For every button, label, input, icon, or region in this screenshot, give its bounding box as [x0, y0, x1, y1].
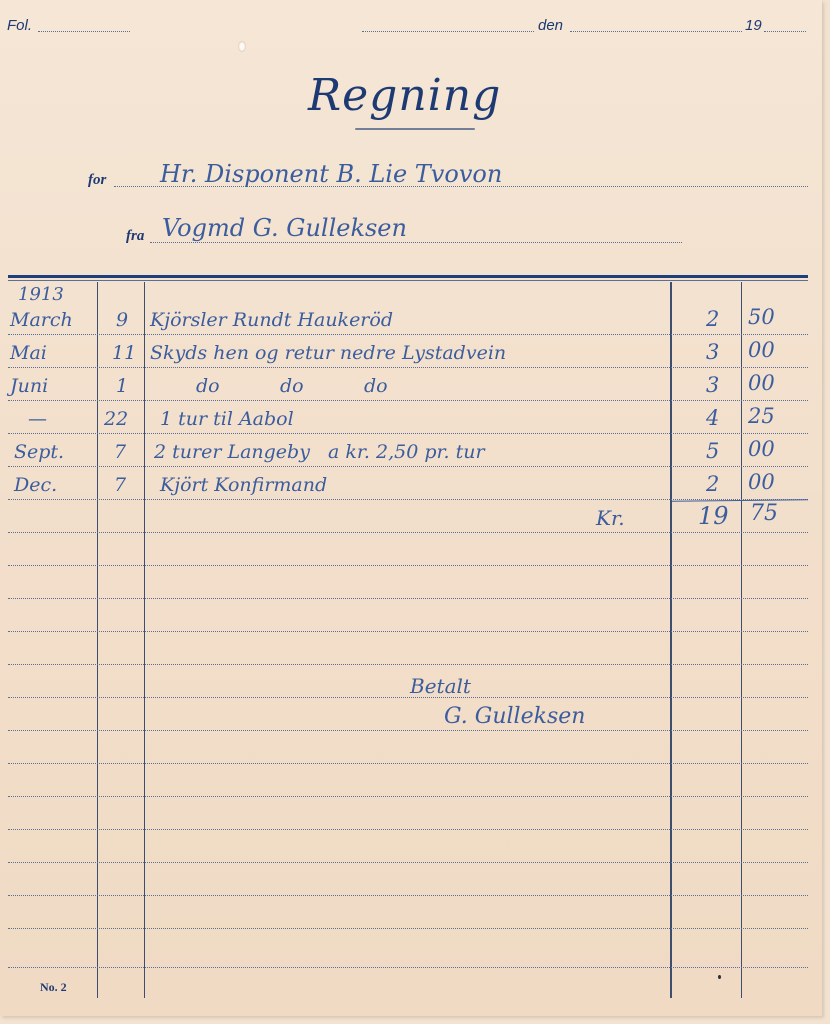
- for-value: Hr. Disponent B. Lie Tvovon: [160, 160, 502, 188]
- row-description: do do do: [196, 373, 388, 399]
- row-description: 2 turer Langeby a kr. 2,50 pr. tur: [154, 439, 485, 465]
- row-line: [8, 400, 808, 401]
- row-line: [8, 697, 808, 698]
- row-line: [8, 967, 808, 968]
- ledger-top-rule: [8, 275, 808, 278]
- row-line: [8, 532, 808, 533]
- row-month: —: [28, 406, 47, 432]
- description-kr-divider: [670, 282, 672, 998]
- signature-name: G. Gulleksen: [444, 704, 585, 730]
- row-month: Juni: [10, 373, 48, 399]
- invoice-title: Regning: [308, 70, 501, 121]
- place-dotted-line: [362, 31, 534, 32]
- row-description: Kjörsler Rundt Haukeröd: [150, 307, 393, 333]
- row-line: [8, 862, 808, 863]
- row-line: [8, 796, 808, 797]
- row-line: [8, 598, 808, 599]
- ink-speck: [718, 975, 721, 979]
- fra-dotted-line: [150, 242, 682, 243]
- row-ore: 50: [748, 304, 775, 330]
- kr-ore-divider: [741, 282, 742, 998]
- row-line: [8, 928, 808, 929]
- ledger-year: 1913: [18, 282, 64, 308]
- year-dotted-line: [764, 31, 806, 32]
- row-description: 1 tur til Aabol: [160, 406, 294, 432]
- row-line: [8, 664, 808, 665]
- fra-value: Vogmd G. Gulleksen: [162, 214, 407, 242]
- fra-label: fra: [126, 228, 144, 245]
- row-kr: 2: [706, 471, 719, 497]
- total-ore: 75: [750, 501, 778, 527]
- row-day: 22: [104, 406, 128, 432]
- row-ore: 00: [748, 337, 775, 363]
- row-kr: 4: [706, 405, 719, 431]
- row-ore: 00: [748, 436, 775, 462]
- row-day: 1: [116, 373, 128, 399]
- den-label: den: [538, 17, 563, 34]
- sum-underline: [672, 499, 808, 501]
- total-kr: 19: [698, 503, 729, 529]
- row-kr: 3: [706, 339, 719, 365]
- row-ore: 00: [748, 370, 775, 396]
- row-ore: 25: [748, 403, 775, 429]
- row-month: Mai: [10, 340, 47, 366]
- fol-dotted-line: [38, 31, 130, 32]
- row-kr: 3: [706, 372, 719, 398]
- day-description-divider: [144, 282, 145, 998]
- row-line: [8, 433, 808, 434]
- row-day: 11: [112, 340, 136, 366]
- month-day-divider: [97, 282, 98, 998]
- fol-label: Fol.: [7, 17, 32, 34]
- row-day: 9: [116, 307, 128, 333]
- row-ore: 00: [748, 469, 775, 495]
- row-month: March: [10, 307, 73, 333]
- row-line: [8, 730, 808, 731]
- title-flourish: [355, 128, 475, 130]
- row-line: [8, 367, 808, 368]
- punch-hole: [238, 41, 246, 52]
- paid-note: Betalt: [410, 673, 471, 699]
- row-month: Sept.: [14, 439, 64, 465]
- row-line: [8, 334, 808, 335]
- row-line: [8, 565, 808, 566]
- year-prefix: 19: [745, 17, 762, 34]
- row-line: [8, 631, 808, 632]
- row-kr: 2: [706, 306, 719, 332]
- row-month: Dec.: [14, 472, 57, 498]
- row-line: [8, 763, 808, 764]
- row-day: 7: [114, 472, 126, 498]
- ledger-top-rule-thin: [8, 280, 808, 281]
- row-line: [8, 466, 808, 467]
- for-label: for: [88, 172, 106, 189]
- row-line: [8, 895, 808, 896]
- form-number: No. 2: [40, 980, 67, 995]
- date-dotted-line: [570, 31, 742, 32]
- total-label: Kr.: [596, 505, 625, 531]
- row-kr: 5: [706, 438, 719, 464]
- row-line: [8, 829, 808, 830]
- row-description: Kjört Konfirmand: [160, 472, 327, 498]
- row-description: Skyds hen og retur nedre Lystadvein: [150, 340, 506, 366]
- invoice-paper: Fol. den 19 Regning for Hr. Disponent B.…: [0, 0, 822, 1016]
- row-day: 7: [114, 439, 126, 465]
